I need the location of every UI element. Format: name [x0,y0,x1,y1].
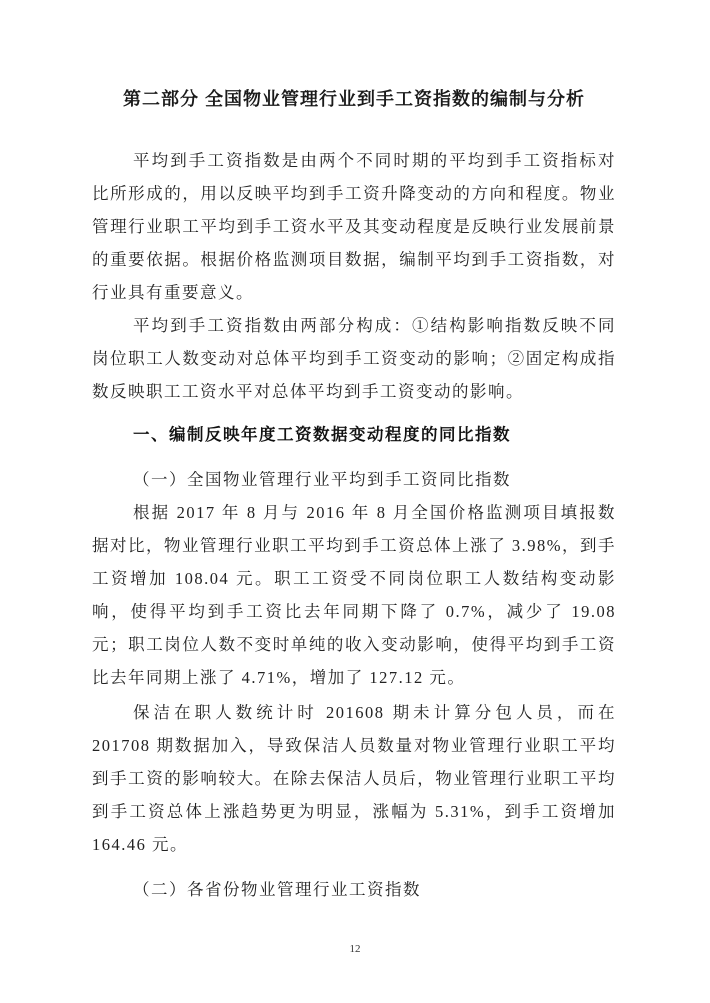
paragraph-national-comparison-data: 根据 2017 年 8 月与 2016 年 8 月全国价格监测项目填报数据对比，… [92,496,616,694]
subsection-heading-national-index: （一）全国物业管理行业平均到手工资同比指数 [92,463,616,496]
paragraph-index-composition: 平均到手工资指数由两部分构成：①结构影响指数反映不同岗位职工人数变动对总体平均到… [92,309,616,408]
paragraph-intro-index-definition: 平均到手工资指数是由两个不同时期的平均到手工资指标对比所形成的，用以反映平均到手… [92,144,616,309]
section-heading-yoy-index: 一、编制反映年度工资数据变动程度的同比指数 [92,418,616,451]
subsection-heading-provincial-index: （二）各省份物业管理行业工资指数 [92,873,616,906]
paragraph-cleaning-staff-adjustment: 保洁在职人数统计时 201608 期未计算分包人员，而在 201708 期数据加… [92,696,616,861]
page-number: 12 [0,943,710,955]
document-title: 第二部分 全国物业管理行业到手工资指数的编制与分析 [92,86,616,112]
document-page: 第二部分 全国物业管理行业到手工资指数的编制与分析 平均到手工资指数是由两个不同… [0,0,710,1003]
